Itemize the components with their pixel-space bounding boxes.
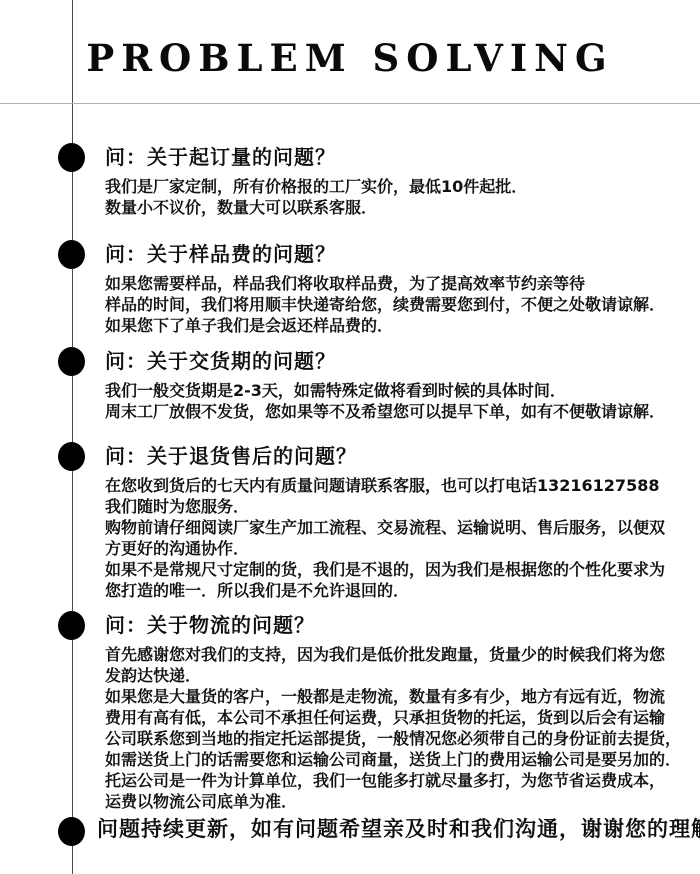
faq-answer-line: 托运公司是一件为计算单位，我们一包能多打就尽量多打，为您节省运费成本， [105, 770, 680, 791]
faq-question: 问：关于物流的问题？ [105, 614, 680, 636]
bullet-icon [58, 442, 85, 471]
bullet-icon [58, 240, 85, 269]
horizontal-rule [0, 103, 700, 104]
header: PROBLEM SOLVING [0, 0, 700, 103]
faq-answer-line: 如果您下了单子我们是会返还样品费的． [105, 315, 680, 336]
faq-section-logistics: 问：关于物流的问题？ 首先感谢您对我们的支持，因为我们是低价批发跑量，货量少的时… [105, 614, 680, 812]
faq-section-returns-aftersale: 问：关于退货售后的问题？ 在您收到货后的七天内有质量问题请联系客服，也可以打电话… [105, 445, 680, 601]
faq-question: 问：关于起订量的问题？ [105, 146, 680, 168]
bullet-icon [58, 347, 85, 376]
faq-answer-line: 如需送货上门的话需要您和运输公司商量，送货上门的费用运输公司是要另加的． [105, 749, 680, 770]
faq-answer-line: 样品的时间，我们将用顺丰快递寄给您，续费需要您到付，不便之处敬请谅解． [105, 294, 680, 315]
faq-answer-line: 周末工厂放假不发货，您如果等不及希望您可以提早下单，如有不便敬请谅解． [105, 401, 680, 422]
faq-question: 问：关于退货售后的问题？ [105, 445, 680, 467]
footer-text: 问题持续更新，如有问题希望亲及时和我们沟通，谢谢您的理解 [97, 816, 700, 843]
faq-section-sample-fee: 问：关于样品费的问题？ 如果您需要样品，样品我们将收取样品费，为了提高效率节约亲… [105, 243, 680, 336]
faq-question: 问：关于样品费的问题？ [105, 243, 680, 265]
bullet-icon [58, 817, 85, 846]
faq-answer-line: 我们随时为您服务． [105, 496, 680, 517]
faq-answer-line: 费用有高有低，本公司不承担任何运费，只承担货物的托运，货到以后会有运输 [105, 707, 680, 728]
faq-answer-line: 如果您需要样品，样品我们将收取样品费，为了提高效率节约亲等待 [105, 273, 680, 294]
faq-question: 问：关于交货期的问题？ [105, 350, 680, 372]
faq-answer-line: 如果您是大量货的客户，一般都是走物流，数量有多有少，地方有远有近，物流 [105, 686, 680, 707]
footer-note: 问题持续更新，如有问题希望亲及时和我们沟通，谢谢您的理解 [97, 816, 700, 843]
faq-answer-line: 方更好的沟通协作． [105, 538, 680, 559]
faq-answer-line: 如果不是常规尺寸定制的货，我们是不退的，因为我们是根据您的个性化要求为 [105, 559, 680, 580]
bullet-icon [58, 143, 85, 172]
faq-list: 问：关于起订量的问题？ 我们是厂家定制，所有价格报的工厂实价，最低10件起批． … [105, 146, 680, 812]
faq-answer-line: 发韵达快递． [105, 665, 680, 686]
faq-answer-line: 我们一般交货期是2-3天，如需特殊定做将看到时候的具体时间． [105, 380, 680, 401]
faq-answer-line: 购物前请仔细阅读厂家生产加工流程、交易流程、运输说明、售后服务，以便双 [105, 517, 680, 538]
bullet-icon [58, 611, 85, 640]
vertical-rule [72, 0, 73, 874]
faq-answer-line: 首先感谢您对我们的支持，因为我们是低价批发跑量，货量少的时候我们将为您 [105, 644, 680, 665]
faq-answer-line: 运费以物流公司底单为准． [105, 791, 680, 812]
page-title: PROBLEM SOLVING [86, 24, 613, 80]
faq-section-delivery-time: 问：关于交货期的问题？ 我们一般交货期是2-3天，如需特殊定做将看到时候的具体时… [105, 350, 680, 422]
faq-answer-line: 在您收到货后的七天内有质量问题请联系客服，也可以打电话13216127588 [105, 475, 680, 496]
faq-answer-line: 我们是厂家定制，所有价格报的工厂实价，最低10件起批． [105, 176, 680, 197]
faq-answer-line: 数量小不议价，数量大可以联系客服． [105, 197, 680, 218]
faq-section-order-quantity: 问：关于起订量的问题？ 我们是厂家定制，所有价格报的工厂实价，最低10件起批． … [105, 146, 680, 218]
faq-answer-line: 您打造的唯一．所以我们是不允许退回的． [105, 580, 680, 601]
faq-answer-line: 公司联系您到当地的指定托运部提货，一般情况您必须带自己的身份证前去提货， [105, 728, 680, 749]
